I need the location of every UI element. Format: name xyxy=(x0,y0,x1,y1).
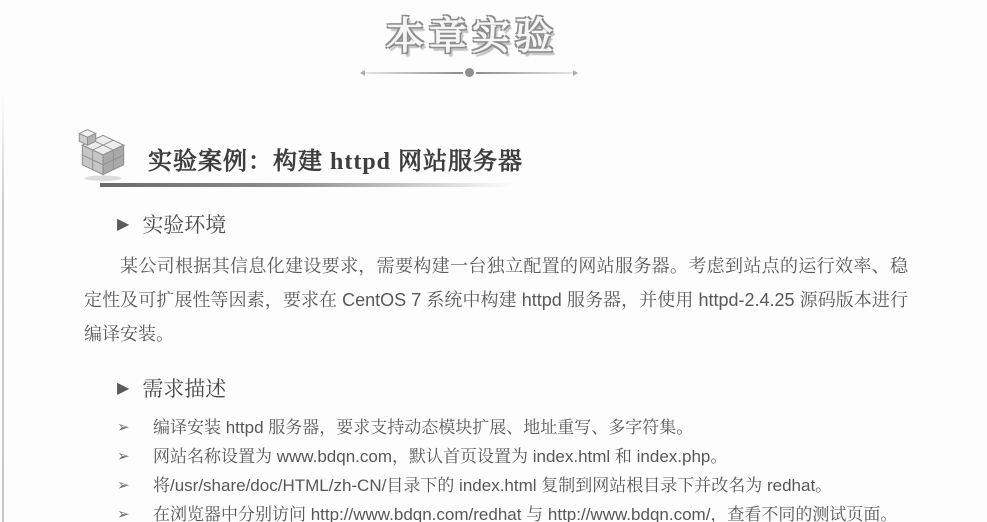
list-item: ➢ 编译安装 httpd 服务器，要求支持动态模块扩展、地址重写、多字符集。 xyxy=(117,413,909,442)
list-item-text: 在浏览器中分别访问 http://www.bdqn.com/redhat 与 h… xyxy=(153,500,909,522)
chapter-title: 本章实验 xyxy=(386,5,558,60)
page-edge-shadow xyxy=(2,95,4,522)
triangle-bullet-icon: ▶ xyxy=(117,214,129,234)
title-divider xyxy=(360,68,578,77)
case-title: 实验案例：构建 httpd 网站服务器 xyxy=(70,131,670,176)
divider-right-tip-icon xyxy=(573,70,578,76)
arrow-bullet-icon: ➢ xyxy=(117,500,153,522)
list-item: ➢ 在浏览器中分别访问 http://www.bdqn.com/redhat 与… xyxy=(117,500,909,522)
divider-line-right xyxy=(476,72,574,74)
list-item-text: 网站名称设置为 www.bdqn.com，默认首页设置为 index.html … xyxy=(153,442,909,471)
arrow-bullet-icon: ➢ xyxy=(117,413,153,442)
cube-blocks-icon xyxy=(72,129,134,183)
arrow-bullet-icon: ➢ xyxy=(117,442,153,471)
section-heading-requirements: ▶ 需求描述 xyxy=(117,373,987,403)
list-item: ➢ 将/usr/share/doc/HTML/zh-CN/目录下的 index.… xyxy=(117,471,909,500)
chapter-title-block: 本章实验 xyxy=(0,0,944,77)
environment-paragraph: 某公司根据其信息化建设要求，需要构建一台独立配置的网站服务器。考虑到站点的运行效… xyxy=(84,249,908,351)
divider-dot-icon xyxy=(465,68,474,77)
section-heading-label: 实验环境 xyxy=(142,209,226,239)
list-item-text: 编译安装 httpd 服务器，要求支持动态模块扩展、地址重写、多字符集。 xyxy=(153,413,909,442)
section-heading-label: 需求描述 xyxy=(142,373,226,403)
divider-line-left xyxy=(365,72,463,74)
scanned-book-page: 本章实验 实验案例：构建 httpd 网站服 xyxy=(0,0,987,522)
case-title-underline xyxy=(100,183,530,187)
list-item: ➢ 网站名称设置为 www.bdqn.com，默认首页设置为 index.htm… xyxy=(117,442,909,471)
case-header: 实验案例：构建 httpd 网站服务器 xyxy=(70,131,670,187)
requirements-list: ➢ 编译安装 httpd 服务器，要求支持动态模块扩展、地址重写、多字符集。 ➢… xyxy=(117,413,909,522)
section-heading-environment: ▶ 实验环境 xyxy=(117,209,987,239)
list-item-text: 将/usr/share/doc/HTML/zh-CN/目录下的 index.ht… xyxy=(153,471,909,500)
arrow-bullet-icon: ➢ xyxy=(117,471,153,500)
triangle-bullet-icon: ▶ xyxy=(117,378,129,398)
